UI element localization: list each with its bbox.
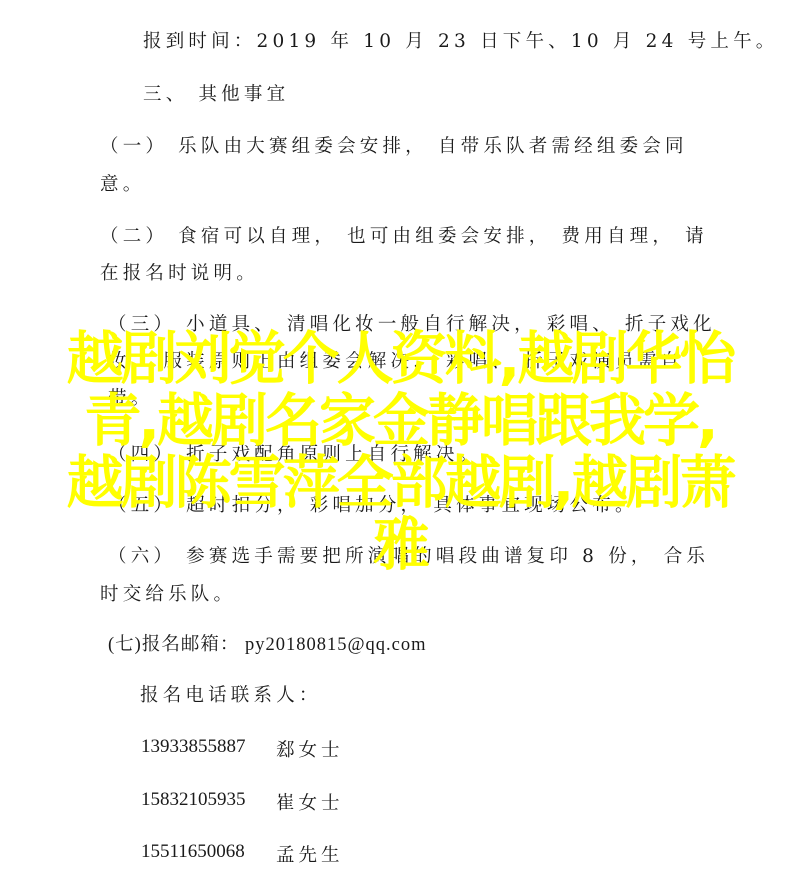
document-page: 报到时间：2019 年 10 月 23 日下午、10 月 24 号上午。 三、 …	[0, 0, 800, 883]
item-2-line-1: （二） 食宿可以自理， 也可由组委会安排， 费用自理， 请	[100, 225, 708, 249]
item-1-line-2: 意。	[100, 173, 145, 197]
contact-name: 崔女士	[276, 789, 344, 815]
item-2-line-2: 在报名时说明。	[100, 262, 259, 286]
section-heading: 三、 其他事宜	[143, 83, 289, 107]
contacts-label: 报名电话联系人：	[140, 684, 322, 708]
item-1-line-1: （一） 乐队由大赛组委会安排， 自带乐队者需经组委会同	[100, 135, 688, 159]
item-5-line: （五） 超时扣分， 彩唱加分， 具体事宜现场公布。	[108, 494, 638, 518]
contact-name: 孟先生	[276, 841, 344, 867]
item-6-line-2: 时交给乐队。	[100, 583, 236, 607]
item-4-line: （四） 折子戏配角原则上自行解决。	[108, 443, 481, 467]
contact-phone: 15832105935	[141, 789, 246, 811]
contact-phone: 13933855887	[141, 736, 246, 758]
item-3-line-1: （三） 小道具、 清唱化妆一般自行解决， 彩唱、 折子戏化	[108, 313, 716, 337]
contact-name: 郄女士	[276, 736, 344, 762]
checkin-time-line: 报到时间：2019 年 10 月 23 日下午、10 月 24 号上午。	[143, 30, 779, 54]
item-3-line-3: 带。	[108, 387, 153, 411]
contact-phone: 15511650068	[141, 841, 245, 863]
item-3-line-2: 妆、 服装原则上由组委会解决， 彩唱、 折子戏演员需自	[108, 350, 683, 374]
email-line: (七)报名邮箱： py20180815@qq.com	[108, 633, 426, 657]
item-6-line-1: （六） 参赛选手需要把所演唱的唱段曲谱复印 8 份， 合乐	[108, 545, 709, 569]
